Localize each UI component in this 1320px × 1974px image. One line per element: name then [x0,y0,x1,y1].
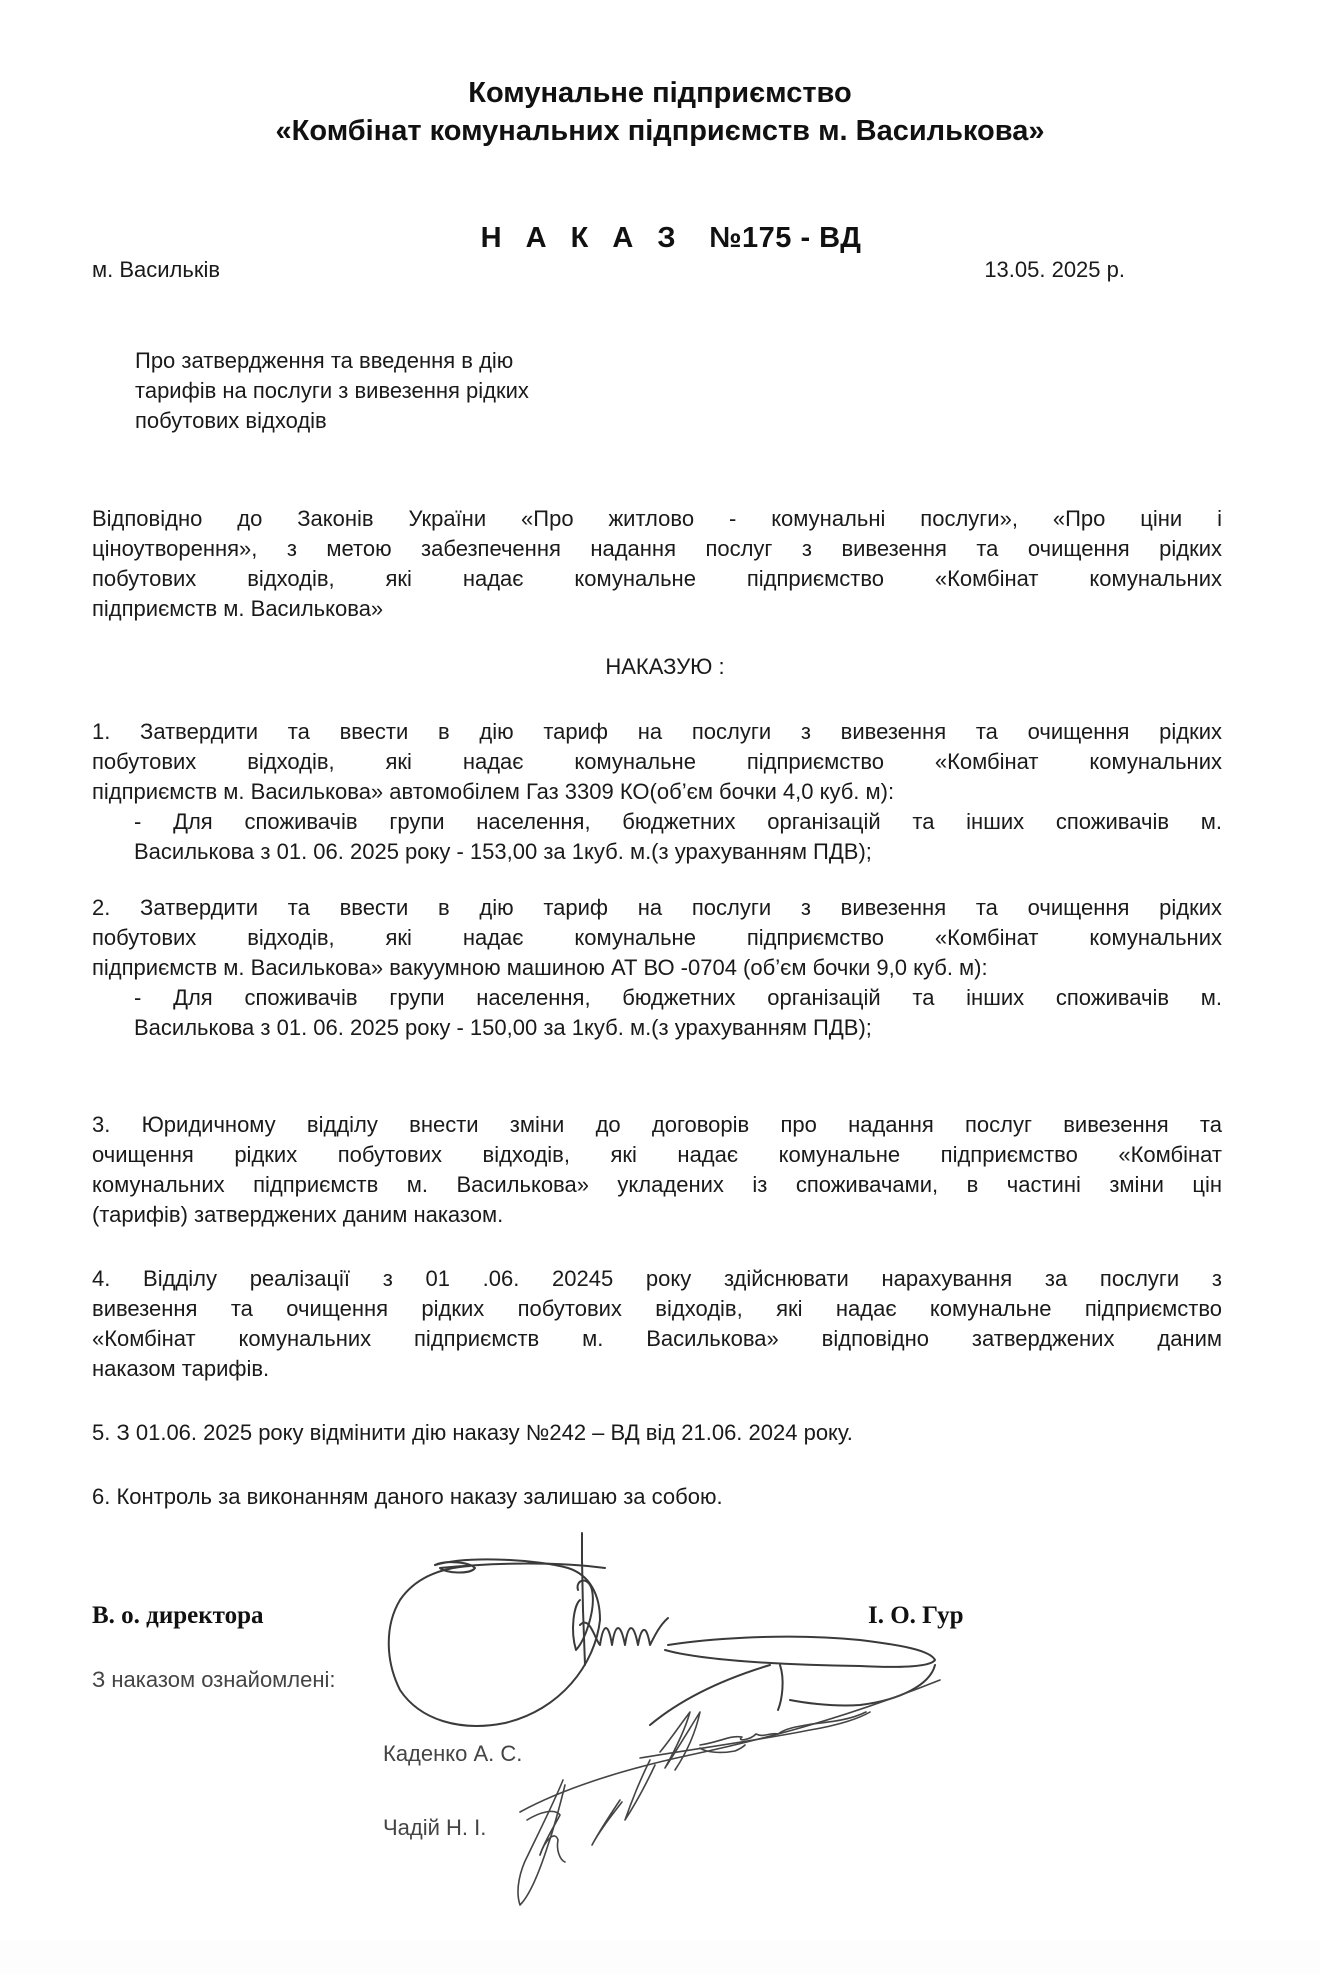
item-line: 4. Відділу реалізації з 01 .06. 20245 ро… [92,1264,1222,1294]
subject-line: Про затвердження та введення в дію [135,346,695,376]
item-line: очищення рідких побутових відходів, які … [92,1140,1222,1170]
preamble-line: ціноутворення», з метою забезпечення над… [92,534,1222,564]
item-sub-line: Василькова з 01. 06. 2025 року - 150,00 … [92,1013,1222,1043]
organization-type: Комунальне підприємство [0,74,1320,112]
order-item-4: 4. Відділу реалізації з 01 .06. 20245 ро… [92,1264,1222,1384]
order-city: м. Васильків [92,255,220,285]
item-line: 6. Контроль за виконанням даного наказу … [92,1482,1222,1512]
item-sub-line: Василькова з 01. 06. 2025 року - 153,00 … [92,837,1222,867]
order-item-5: 5. З 01.06. 2025 року відмінити дію нака… [92,1418,1222,1448]
order-item-1: 1. Затвердити та ввести в дію тариф на п… [92,717,1222,867]
order-item-2: 2. Затвердити та ввести в дію тариф на п… [92,893,1222,1043]
item-sub-line: - Для споживачів групи населення, бюджет… [92,983,1222,1013]
item-line: побутових відходів, які надає комунальне… [92,747,1222,777]
order-word: Н А К А З [481,222,684,254]
item-line: підприємств м. Василькова» вакуумною маш… [92,953,1222,983]
order-number: №175 - ВД [709,222,861,254]
item-line: комунальних підприємств м. Василькова» у… [92,1170,1222,1200]
subject-line: побутових відходів [135,406,695,436]
item-line: наказом тарифів. [92,1354,1222,1384]
item-line: 2. Затвердити та ввести в дію тариф на п… [92,893,1222,923]
item-line: 5. З 01.06. 2025 року відмінити дію нака… [92,1418,1222,1448]
order-date: 13.05. 2025 р. [984,255,1125,285]
item-sub-line: - Для споживачів групи населення, бюджет… [92,807,1222,837]
document-page: Комунальне підприємство «Комбінат комуна… [0,0,1320,1974]
signatory-role: В. о. директора [92,1600,263,1632]
order-item-3: 3. Юридичному відділу внести зміни до до… [92,1110,1222,1230]
subject-line: тарифів на послуги з вивезення рідких [135,376,695,406]
item-line: «Комбінат комунальних підприємств м. Вас… [92,1324,1222,1354]
order-title: Н А К А З №175 - ВД [0,221,1320,255]
preamble-line: підприємств м. Василькова» [92,594,1222,624]
preamble-line: Відповідно до Законів України «Про житло… [92,504,1222,534]
organization-header: Комунальне підприємство «Комбінат комуна… [0,74,1320,150]
preamble-paragraph: Відповідно до Законів України «Про житло… [92,504,1222,624]
acknowledged-person: Каденко А. С. [383,1739,522,1769]
organization-name: «Комбінат комунальних підприємств м. Вас… [0,112,1320,150]
decree-label: НАКАЗУЮ : [0,652,1320,682]
item-line: побутових відходів, які надає комунальне… [92,923,1222,953]
signatory-name: І. О. Гур [868,1600,964,1632]
acknowledgement-label: З наказом ознайомлені: [92,1665,336,1695]
item-line: (тарифів) затверджених даним наказом. [92,1200,1222,1230]
order-subject: Про затвердження та введення в дію тариф… [135,346,695,436]
order-item-6: 6. Контроль за виконанням даного наказу … [92,1482,1222,1512]
item-line: 1. Затвердити та ввести в дію тариф на п… [92,717,1222,747]
item-line: вивезення та очищення рідких побутових в… [92,1294,1222,1324]
preamble-line: побутових відходів, які надає комунальне… [92,564,1222,594]
acknowledged-person: Чадій Н. І. [383,1813,486,1843]
item-line: 3. Юридичному відділу внести зміни до до… [92,1110,1222,1140]
item-line: підприємств м. Василькова» автомобілем Г… [92,777,1222,807]
page-bottom-margin [0,1940,1320,1974]
